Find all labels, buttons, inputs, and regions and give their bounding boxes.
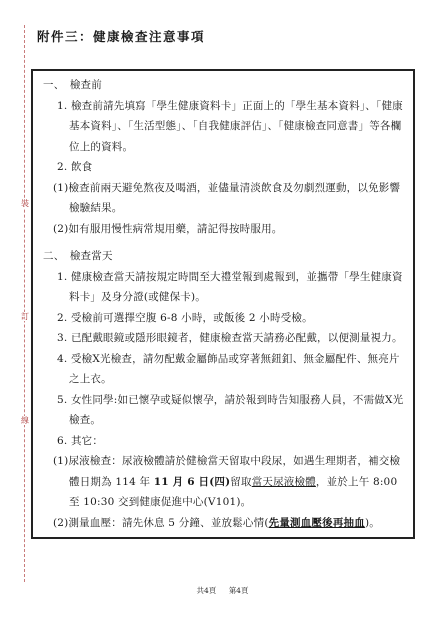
text-segment: 6. 其它： — [57, 435, 103, 447]
notice-item: (3)抽血完畢，請立即於抽血處棉球之上按壓 5 分鐘，直至無再出血，若有周圍瘀青… — [41, 533, 407, 539]
notice-item: (1)尿液檢查：尿液檢體請於健檢當天留取中段尿，如遇生理期者，補交檢體日期為 1… — [41, 451, 407, 513]
text-segment: (1)檢查前兩天避免熬夜及喝酒，並儘量清淡飲食及勿劇烈運動，以免影響檢驗結果。 — [53, 182, 400, 215]
notice-item: (2)如有服用慢性病常規用藥，請記得按時服用。 — [41, 219, 407, 240]
text-segment: (2)測量血壓：請先休息 5 分鐘、並放鬆心情( — [53, 517, 269, 529]
notice-item: 4. 受檢X光檢查，請勿配戴金屬飾品或穿著無鈕釦、無金屬配件、無亮片之上衣。 — [41, 349, 407, 390]
text-segment: 5. 女性同學:如已懷孕或疑似懷孕，請於報到時告知服務人員，不需做X光檢查。 — [57, 394, 403, 427]
notice-item: 1. 檢查前請先填寫「學生健康資料卡」正面上的「學生基本資料」、「健康基本資料」… — [41, 96, 407, 158]
notice-item: (2)測量血壓：請先休息 5 分鐘、並放鬆心情(先量測血壓後再抽血)。 — [41, 513, 407, 534]
binding-char-xian: 線 — [20, 416, 30, 425]
footer-current-page: 第4頁 — [229, 586, 249, 595]
page-title: 附件三：健康檢查注意事項 — [37, 27, 205, 45]
text-segment: 當天尿液檢體 — [252, 476, 316, 488]
text-segment: )。 — [365, 517, 380, 529]
text-segment: 2. 受檢前可選擇空腹 6-8 小時，或飯後 2 小時受檢。 — [57, 312, 313, 324]
notice-item: 5. 女性同學:如已懷孕或疑似懷孕，請於報到時告知服務人員，不需做X光檢查。 — [41, 390, 407, 431]
notice-item: 1. 健康檢查當天請按規定時間至大禮堂報到處報到，並攜帶「學生健康資料卡」及身分… — [41, 267, 407, 308]
text-segment: (3)抽血完畢，請立即於抽血處棉球之上按壓 5 分鐘，直至無再出血，若有周圍瘀青… — [53, 537, 403, 539]
text-segment: 先量測血壓後再抽血 — [269, 517, 365, 529]
notice-item: 2. 受檢前可選擇空腹 6-8 小時，或飯後 2 小時受檢。 — [41, 308, 407, 329]
binding-char-ding: 訂 — [20, 312, 30, 321]
notice-item: 2. 飲食 — [41, 157, 407, 178]
text-segment: 11 月 6 日(四) — [154, 476, 231, 488]
text-segment: 1. 健康檢查當天請按規定時間至大禮堂報到處報到，並攜帶「學生健康資料卡」及身分… — [57, 271, 403, 304]
text-segment: 1. 檢查前請先填寫「學生健康資料卡」正面上的「學生基本資料」、「健康基本資料」… — [57, 100, 403, 153]
section-heading: 二、 檢查當天 — [41, 246, 407, 267]
notice-item: (1)檢查前兩天避免熬夜及喝酒，並儘量清淡飲食及勿劇烈運動，以免影響檢驗結果。 — [41, 178, 407, 219]
page-footer: 共4頁 第4頁 — [0, 585, 445, 596]
footer-total-pages: 共4頁 — [197, 586, 217, 595]
text-segment: 4. 受檢X光檢查，請勿配戴金屬飾品或穿著無鈕釦、無金屬配件、無亮片之上衣。 — [57, 353, 400, 386]
notice-box: 一、 檢查前1. 檢查前請先填寫「學生健康資料卡」正面上的「學生基本資料」、「健… — [31, 69, 415, 539]
text-segment: 2. 飲食 — [57, 161, 92, 173]
notice-item: 6. 其它： — [41, 431, 407, 452]
notice-item: 3. 已配戴眼鏡或隱形眼鏡者，健康檢查當天請務必配戴，以便測量視力。 — [41, 328, 407, 349]
binding-line — [24, 25, 25, 582]
text-segment: 3. 已配戴眼鏡或隱形眼鏡者，健康檢查當天請務必配戴，以便測量視力。 — [57, 332, 403, 344]
text-segment: 留取 — [230, 476, 251, 488]
section-heading: 一、 檢查前 — [41, 75, 407, 96]
document-page: { "doc": { "title": "附件三：健康檢查注意事項", "bin… — [0, 0, 445, 630]
text-segment: (2)如有服用慢性病常規用藥，請記得按時服用。 — [53, 223, 282, 235]
binding-char-zhuang: 裝 — [20, 199, 30, 208]
